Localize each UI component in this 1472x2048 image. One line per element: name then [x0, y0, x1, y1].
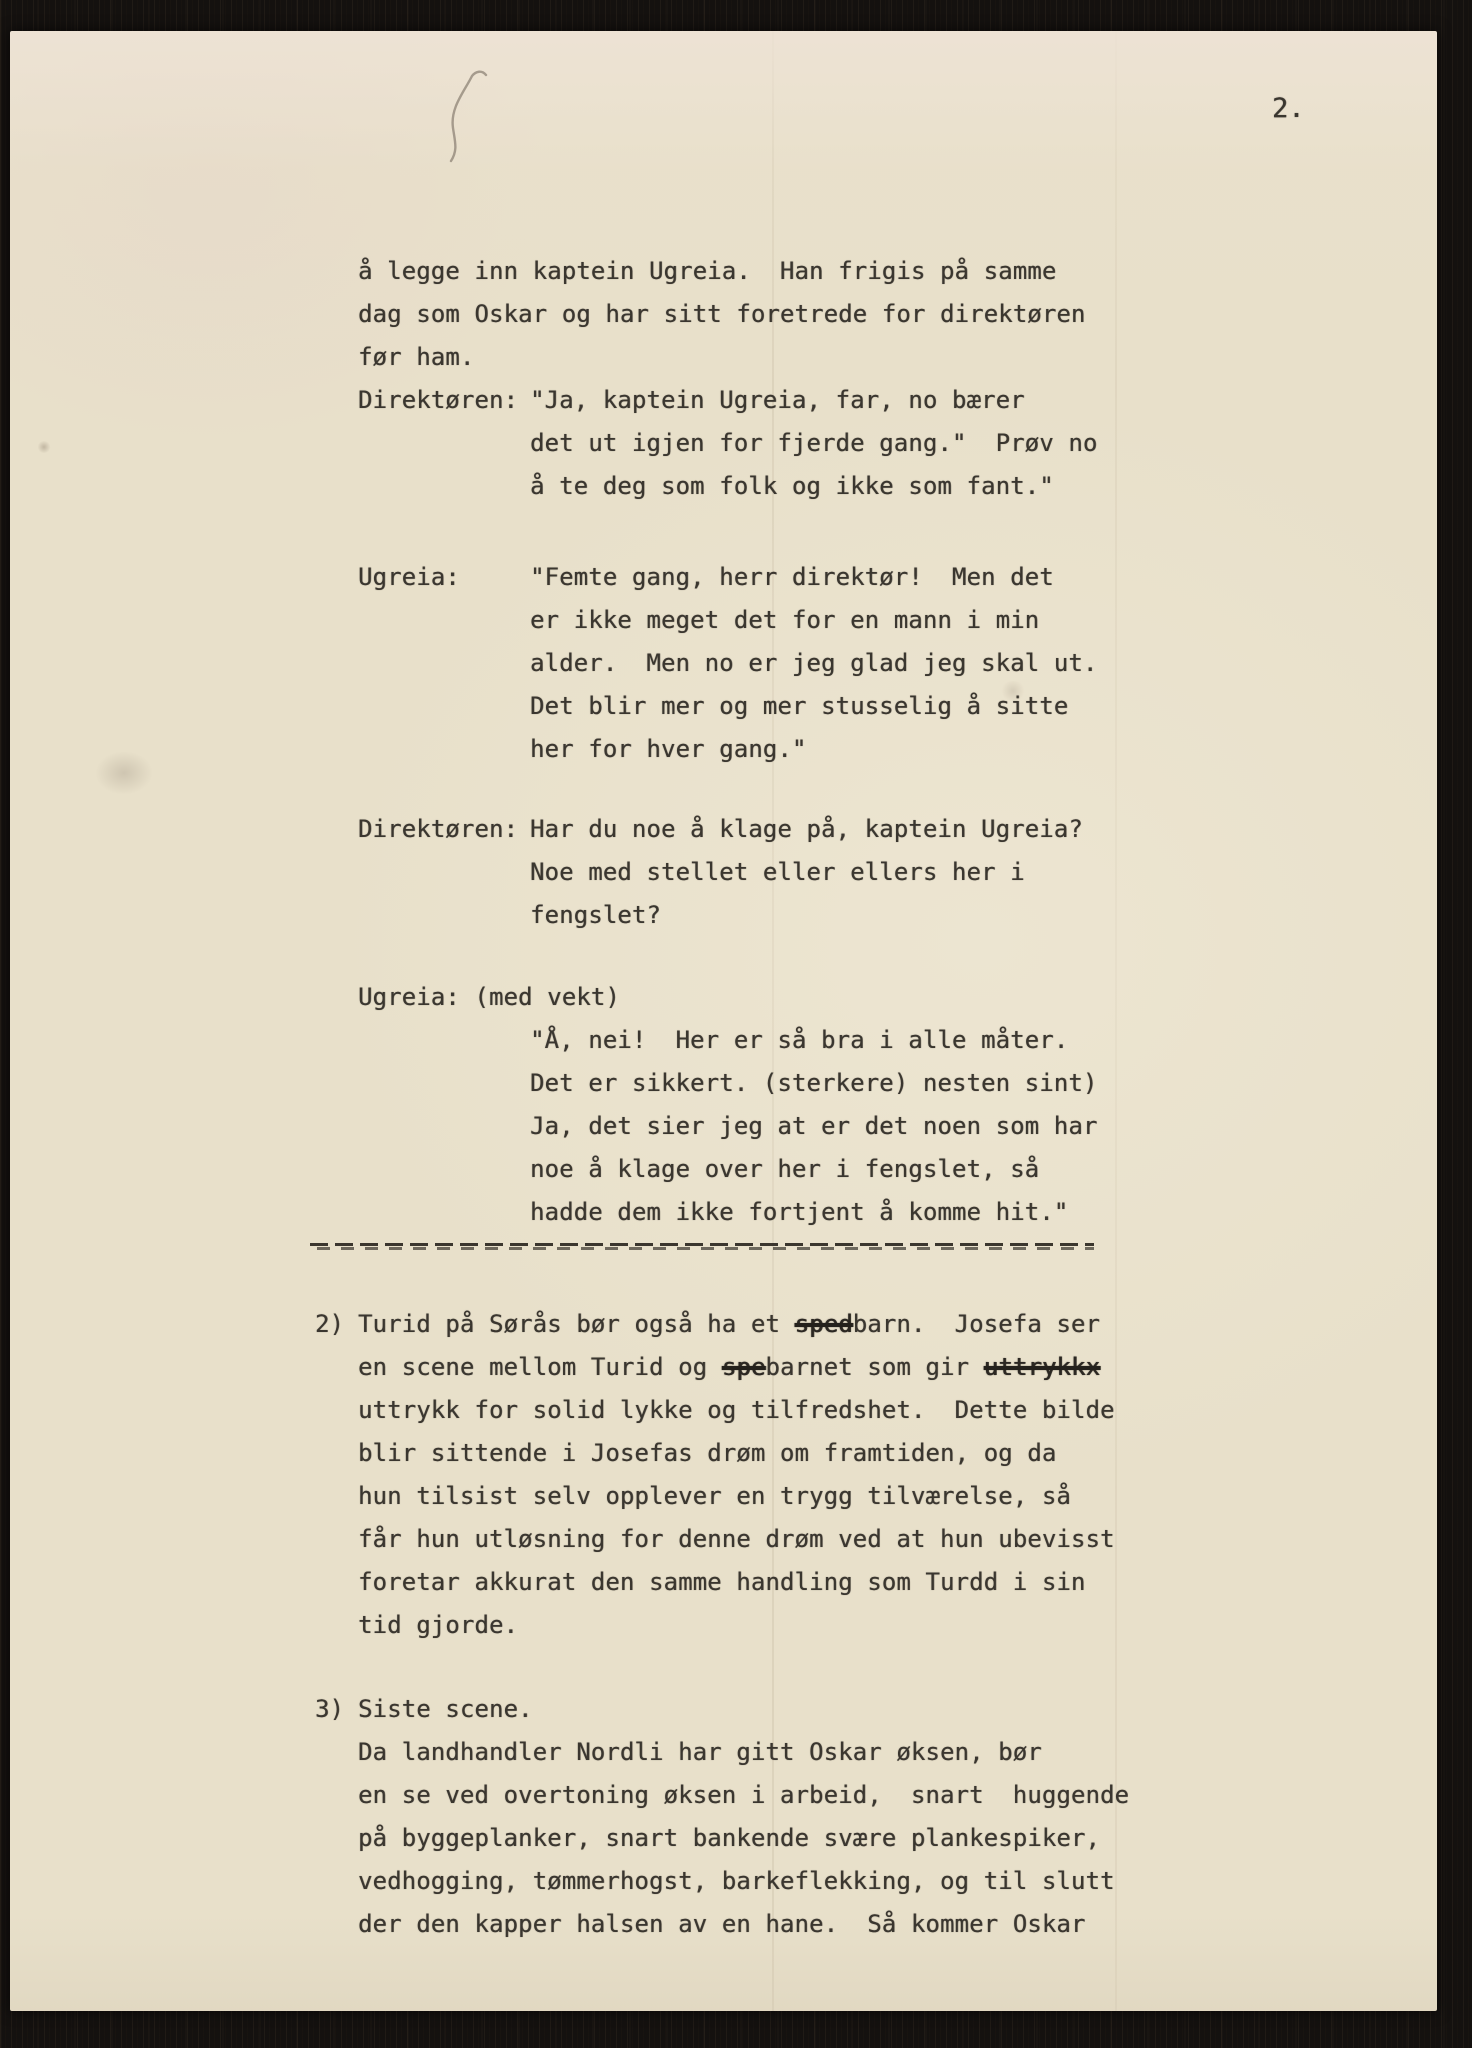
pencil-squiggle: [430, 66, 520, 206]
text-line: uttrykk for solid lykke og tilfredshet. …: [358, 1389, 1115, 1432]
text-line: Da landhandler Nordli har gitt Oskar øks…: [358, 1731, 1129, 1774]
text-line: Noe med stellet eller ellers her i: [530, 851, 1083, 894]
text-line: "Ja, kaptein Ugreia, far, no bærer: [530, 379, 1097, 422]
text-segment: en scene mellom Turid og: [358, 1353, 722, 1381]
section-marker: 3): [315, 1688, 344, 1731]
dialog-ugreia-1: Ugreia: "Femte gang, herr direktør! Men …: [358, 556, 1097, 771]
document-page: 2. å legge inn kaptein Ugreia. Han frigi…: [10, 31, 1437, 2011]
dialog-lines: "Femte gang, herr direktør! Men det er i…: [530, 556, 1097, 771]
text-line: Siste scene.: [358, 1688, 1129, 1731]
text-line: det ut igjen for fjerde gang." Prøv no: [530, 422, 1097, 465]
speaker-label: Ugreia: (med vekt): [358, 976, 620, 1019]
text-line: å legge inn kaptein Ugreia. Han frigis p…: [358, 250, 1085, 293]
text-line: Ja, det sier jeg at er det noen som har: [530, 1105, 1097, 1148]
section-marker: 2): [315, 1303, 344, 1346]
text-line: "Femte gang, herr direktør! Men det: [530, 556, 1097, 599]
text-line: noe å klage over her i fengslet, så: [530, 1148, 1097, 1191]
struck-text: spe: [722, 1353, 766, 1381]
text-line: fengslet?: [530, 894, 1083, 937]
text-line: alder. Men no er jeg glad jeg skal ut.: [530, 642, 1097, 685]
text-line: Det blir mer og mer stusselig å sitte: [530, 685, 1097, 728]
speaker-label: Direktøren:: [358, 808, 518, 851]
text-line: Det er sikkert. (sterkere) nesten sint): [530, 1062, 1097, 1105]
text-line: å te deg som folk og ikke som fant.": [530, 465, 1097, 508]
text-line: vedhogging, tømmerhogst, barkeflekking, …: [358, 1860, 1129, 1903]
section-3: 3) Siste scene. Da landhandler Nordli ha…: [358, 1688, 1129, 1946]
text-line: en scene mellom Turid og spebarnet som g…: [358, 1346, 1115, 1389]
struck-text: sped: [794, 1310, 852, 1338]
text-line: blir sittende i Josefas drøm om framtide…: [358, 1432, 1115, 1475]
text-line: Turid på Sørås bør også ha et spedbarn. …: [358, 1303, 1115, 1346]
text-segment: barn. Josefa ser: [853, 1310, 1100, 1338]
intro-paragraph: å legge inn kaptein Ugreia. Han frigis p…: [358, 250, 1085, 379]
text-line: en se ved overtoning øksen i arbeid, sna…: [358, 1774, 1129, 1817]
dialog-lines: Har du noe å klage på, kaptein Ugreia? N…: [530, 808, 1083, 937]
scan-background: 2. å legge inn kaptein Ugreia. Han frigi…: [0, 0, 1472, 2048]
text-line: før ham.: [358, 336, 1085, 379]
divider-line: [310, 1243, 1094, 1251]
struck-text: uttrykkx: [984, 1353, 1100, 1381]
text-line: er ikke meget det for en mann i min: [530, 599, 1097, 642]
dialog-ugreia-2: "Å, nei! Her er så bra i alle måter. Det…: [530, 1019, 1097, 1234]
speaker-label: Ugreia:: [358, 556, 460, 599]
text-line: på byggeplanker, snart bankende svære pl…: [358, 1817, 1129, 1860]
dialog-direktoren-2: Direktøren: Har du noe å klage på, kapte…: [358, 808, 1083, 937]
text-line: Har du noe å klage på, kaptein Ugreia?: [530, 808, 1083, 851]
text-line: tid gjorde.: [358, 1604, 1115, 1647]
dialog-direktoren-1: Direktøren: "Ja, kaptein Ugreia, far, no…: [358, 379, 1097, 508]
speaker-label: Direktøren:: [358, 379, 518, 422]
text-line: "Å, nei! Her er så bra i alle måter.: [530, 1019, 1097, 1062]
paper-stain: [37, 441, 51, 453]
text-line: får hun utløsning for denne drøm ved at …: [358, 1518, 1115, 1561]
section-2: 2) Turid på Sørås bør også ha et spedbar…: [358, 1303, 1115, 1647]
text-line: foretar akkurat den samme handling som T…: [358, 1561, 1115, 1604]
dialog-lines: "Ja, kaptein Ugreia, far, no bærer det u…: [530, 379, 1097, 508]
text-line: der den kapper halsen av en hane. Så kom…: [358, 1903, 1129, 1946]
text-line: dag som Oskar og har sitt foretrede for …: [358, 293, 1085, 336]
text-line: hadde dem ikke fortjent å komme hit.": [530, 1191, 1097, 1234]
text-line: her for hver gang.": [530, 728, 1097, 771]
text-line: hun tilsist selv opplever en trygg tilvæ…: [358, 1475, 1115, 1518]
text-segment: barnet som gir: [765, 1353, 983, 1381]
text-segment: Turid på Sørås bør også ha et: [358, 1310, 794, 1338]
paper-stain: [95, 751, 153, 795]
page-number: 2.: [1272, 93, 1305, 124]
